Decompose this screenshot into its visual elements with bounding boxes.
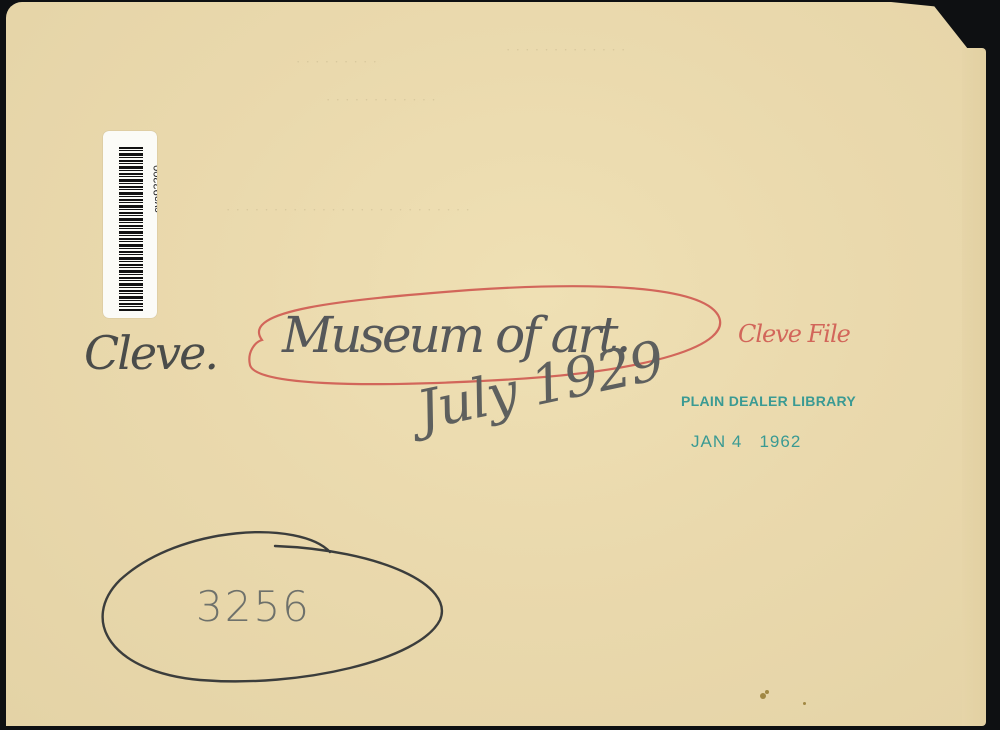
show-through-text: · · · · · · · · · · · · ·	[506, 42, 626, 58]
paper-speck	[765, 690, 769, 694]
paper-speck	[760, 693, 766, 699]
library-stamp: PLAIN DEALER LIBRARY	[681, 393, 856, 409]
barcode-id-text: cva92200	[152, 134, 157, 244]
barcode-icon	[119, 147, 143, 311]
archive-number: 3256	[196, 582, 311, 631]
show-through-text: · · · · · · · · · · · · · · · · · · · · …	[226, 202, 471, 218]
scanned-photo-back: · · · · · · · · · · · · · · · · · · · · …	[0, 0, 1000, 730]
barcode-label: www.historicimages.com cva92200	[103, 131, 157, 318]
location-note: Cleve.	[84, 326, 217, 380]
show-through-text: · · · · · · · · · · · ·	[326, 92, 437, 108]
photo-card-edge	[962, 48, 986, 726]
show-through-text: · · · · · · · · ·	[296, 54, 378, 70]
file-note: Cleve File	[738, 320, 850, 348]
paper-speck	[803, 702, 806, 705]
stamp-date: JAN 4 1962	[691, 432, 801, 452]
